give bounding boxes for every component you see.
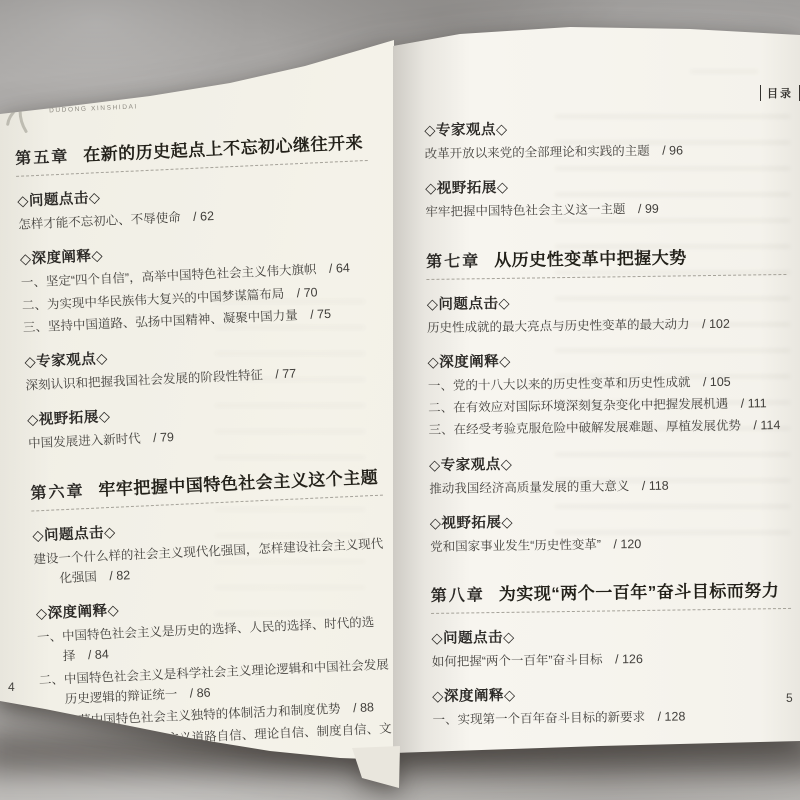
toc-item: 一、党的十八大以来的历史性变革和历史性成就 / 105 [428, 371, 788, 396]
open-book: 读懂新时代 DUDONG XINSHIDAI 第五章在新的历史起点上不忘初心继往… [0, 0, 800, 800]
page-number-left: 4 [8, 680, 15, 694]
running-head-toc: 目录 [760, 85, 800, 101]
chapter-label: 第五章 [15, 143, 70, 168]
chapter-heading: 第七章从历史性变革中把握大势 [426, 241, 786, 271]
ghost-bleedthrough-header [690, 70, 758, 86]
chapter-title: 从历史性变革中把握大势 [494, 243, 687, 271]
toc-item: 一、实现第一个百年奋斗目标的新要求 / 128 [432, 705, 792, 730]
section-heading: ◇深度阐释◇ [427, 346, 787, 372]
toc-item: 四、坚定中国特色社会主义道路自信、理论自信、制度自信、文化自信 / 92 [41, 719, 394, 775]
section-heading: ◇专家观点◇ [429, 448, 789, 474]
toc-item: 改革开放以来党的全部理论和实践的主题 / 96 [425, 139, 785, 164]
chapter-label: 第八章 [431, 582, 485, 606]
chapter-label: 第六章 [30, 478, 85, 503]
toc-item: 党和国家事业发生“历史性变革” / 120 [430, 532, 790, 557]
toc-item: 推动我国经济高质量发展的重大意义 / 118 [429, 473, 789, 498]
chapter-rule [431, 608, 791, 614]
chapter-title: 牢牢把握中国特色社会主义这个主题 [98, 462, 379, 500]
publisher-logo: 读懂新时代 DUDONG XINSHIDAI [12, 70, 366, 136]
toc-item: 二、在有效应对国际环境深刻复杂变化中把握发展机遇 / 111 [428, 393, 788, 418]
chapter-rule [426, 273, 786, 279]
chapter-heading: 第八章为实现“两个一百年”奋斗目标而努力 [431, 576, 791, 606]
calligraphy-mark-icon [1, 71, 44, 135]
section-heading: ◇专家观点◇ [424, 114, 784, 140]
toc-right-column: ◇专家观点◇改革开放以来党的全部理论和实践的主题 / 96◇视野拓展◇牢牢把握中… [424, 114, 793, 730]
chapter-title: 在新的历史起点上不忘初心继往开来 [83, 128, 364, 166]
logo-text-block: 读懂新时代 DUDONG XINSHIDAI [48, 80, 138, 114]
section-heading: ◇视野拓展◇ [425, 172, 785, 198]
toc-item: 牢牢把握中国特色社会主义这一主题 / 99 [425, 197, 785, 222]
section-heading: ◇问题点击◇ [431, 622, 791, 648]
toc-item: 如何把握“两个一百年”奋斗目标 / 126 [432, 647, 792, 672]
section-heading: ◇深度阐释◇ [432, 680, 792, 706]
section-heading: ◇问题点击◇ [427, 287, 787, 313]
page-number-right: 5 [786, 691, 793, 705]
logo-subtitle: DUDONG XINSHIDAI [49, 103, 138, 114]
left-page-content: 读懂新时代 DUDONG XINSHIDAI 第五章在新的历史起点上不忘初心继往… [12, 70, 395, 777]
toc-item: 三、在经受考验克服危险中破解发展难题、厚植发展优势 / 114 [428, 415, 788, 440]
chapter-label: 第七章 [426, 248, 480, 272]
chapter-title: 为实现“两个一百年”奋斗目标而努力 [499, 576, 780, 605]
toc-item: 历史性成就的最大亮点与历史性变革的最大动力 / 102 [427, 312, 787, 337]
toc-left-column: 第五章在新的历史起点上不忘初心继往开来◇问题点击◇怎样才能不忘初心、不辱使命 /… [15, 128, 395, 775]
right-page-content: ◇专家观点◇改革开放以来党的全部理论和实践的主题 / 96◇视野拓展◇牢牢把握中… [424, 101, 793, 732]
logo-title: 读懂新时代 [48, 80, 138, 105]
section-heading: ◇视野拓展◇ [430, 507, 790, 533]
